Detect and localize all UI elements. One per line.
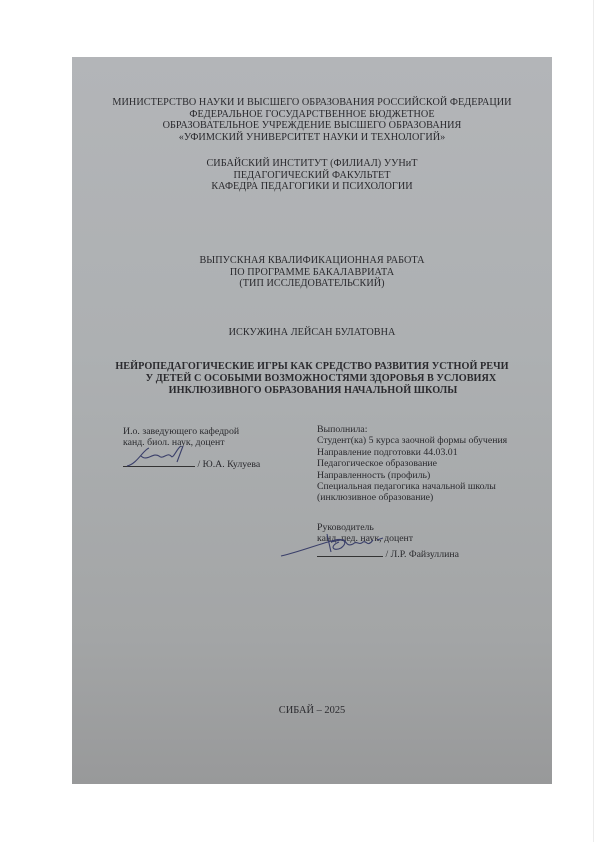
signature-line xyxy=(317,556,383,557)
supervisor-signature-row: / Л.Р. Файзуллина xyxy=(317,549,459,560)
institute-line: ПЕДАГОГИЧЕСКИЙ ФАКУЛЬТЕТ xyxy=(72,170,552,182)
performer-line: Направление подготовки 44.03.01 xyxy=(317,447,507,458)
performer-line: Студент(ка) 5 курса заочной формы обучен… xyxy=(317,435,507,446)
institute-line: КАФЕДРА ПЕДАГОГИКИ И ПСИХОЛОГИИ xyxy=(72,181,552,193)
supervisor-name: / Л.Р. Файзуллина xyxy=(385,549,458,560)
performer-block: Выполнила: Студент(ка) 5 курса заочной ф… xyxy=(317,424,507,504)
title-line: НЕЙРОПЕДАГОГИЧЕСКИЕ ИГРЫ КАК СРЕДСТВО РА… xyxy=(72,361,552,373)
handwritten-signature-icon xyxy=(279,530,389,560)
city-year: СИБАЙ – 2025 xyxy=(72,705,552,716)
work-type: ВЫПУСКНАЯ КВАЛИФИКАЦИОННАЯ РАБОТА ПО ПРО… xyxy=(72,255,552,290)
ministry-header: МИНИСТЕРСТВО НАУКИ И ВЫСШЕГО ОБРАЗОВАНИЯ… xyxy=(72,97,552,143)
title-page-photo: МИНИСТЕРСТВО НАУКИ И ВЫСШЕГО ОБРАЗОВАНИЯ… xyxy=(72,57,552,784)
handwritten-signature-icon xyxy=(123,444,195,470)
head-signature-row: / Ю.А. Кулуева xyxy=(123,459,260,470)
performer-line: Специальная педагогика начальной школы xyxy=(317,481,507,492)
ministry-line: «УФИМСКИЙ УНИВЕРСИТЕТ НАУКИ И ТЕХНОЛОГИЙ… xyxy=(72,132,552,144)
performer-line: Направленность (профиль) xyxy=(317,470,507,481)
institute-header: СИБАЙСКИЙ ИНСТИТУТ (ФИЛИАЛ) УУНиТ ПЕДАГО… xyxy=(72,158,552,193)
ministry-line: МИНИСТЕРСТВО НАУКИ И ВЫСШЕГО ОБРАЗОВАНИЯ… xyxy=(72,97,552,109)
page-edge-divider xyxy=(593,0,594,842)
ministry-line: ФЕДЕРАЛЬНОЕ ГОСУДАРСТВЕННОЕ БЮДЖЕТНОЕ xyxy=(72,109,552,121)
ministry-line: ОБРАЗОВАТЕЛЬНОЕ УЧРЕЖДЕНИЕ ВЫСШЕГО ОБРАЗ… xyxy=(72,120,552,132)
supervisor-block: Руководитель канд. пед. наук, доцент / Л… xyxy=(317,522,459,560)
title-line: У ДЕТЕЙ С ОСОБЫМИ ВОЗМОЖНОСТЯМИ ЗДОРОВЬЯ… xyxy=(72,373,552,385)
performer-line: Педагогическое образование xyxy=(317,458,507,469)
head-name: / Ю.А. Кулуева xyxy=(197,459,260,470)
work-type-line: ПО ПРОГРАММЕ БАКАЛАВРИАТА xyxy=(72,267,552,279)
head-of-department-block: И.о. заведующего кафедрой канд. биол. на… xyxy=(123,426,260,470)
work-type-line: (ТИП ИССЛЕДОВАТЕЛЬСКИЙ) xyxy=(72,278,552,290)
signature-line xyxy=(123,466,195,467)
author-name: ИСКУЖИНА ЛЕЙСАН БУЛАТОВНА xyxy=(72,327,552,339)
performer-label: Выполнила: xyxy=(317,424,507,435)
title-line: ИНКЛЮЗИВНОГО ОБРАЗОВАНИЯ НАЧАЛЬНОЙ ШКОЛЫ xyxy=(72,385,552,397)
institute-line: СИБАЙСКИЙ ИНСТИТУТ (ФИЛИАЛ) УУНиТ xyxy=(72,158,552,170)
performer-line: (инклюзивное образование) xyxy=(317,492,507,503)
work-type-line: ВЫПУСКНАЯ КВАЛИФИКАЦИОННАЯ РАБОТА xyxy=(72,255,552,267)
head-position: И.о. заведующего кафедрой xyxy=(123,426,260,437)
thesis-title: НЕЙРОПЕДАГОГИЧЕСКИЕ ИГРЫ КАК СРЕДСТВО РА… xyxy=(72,361,552,396)
